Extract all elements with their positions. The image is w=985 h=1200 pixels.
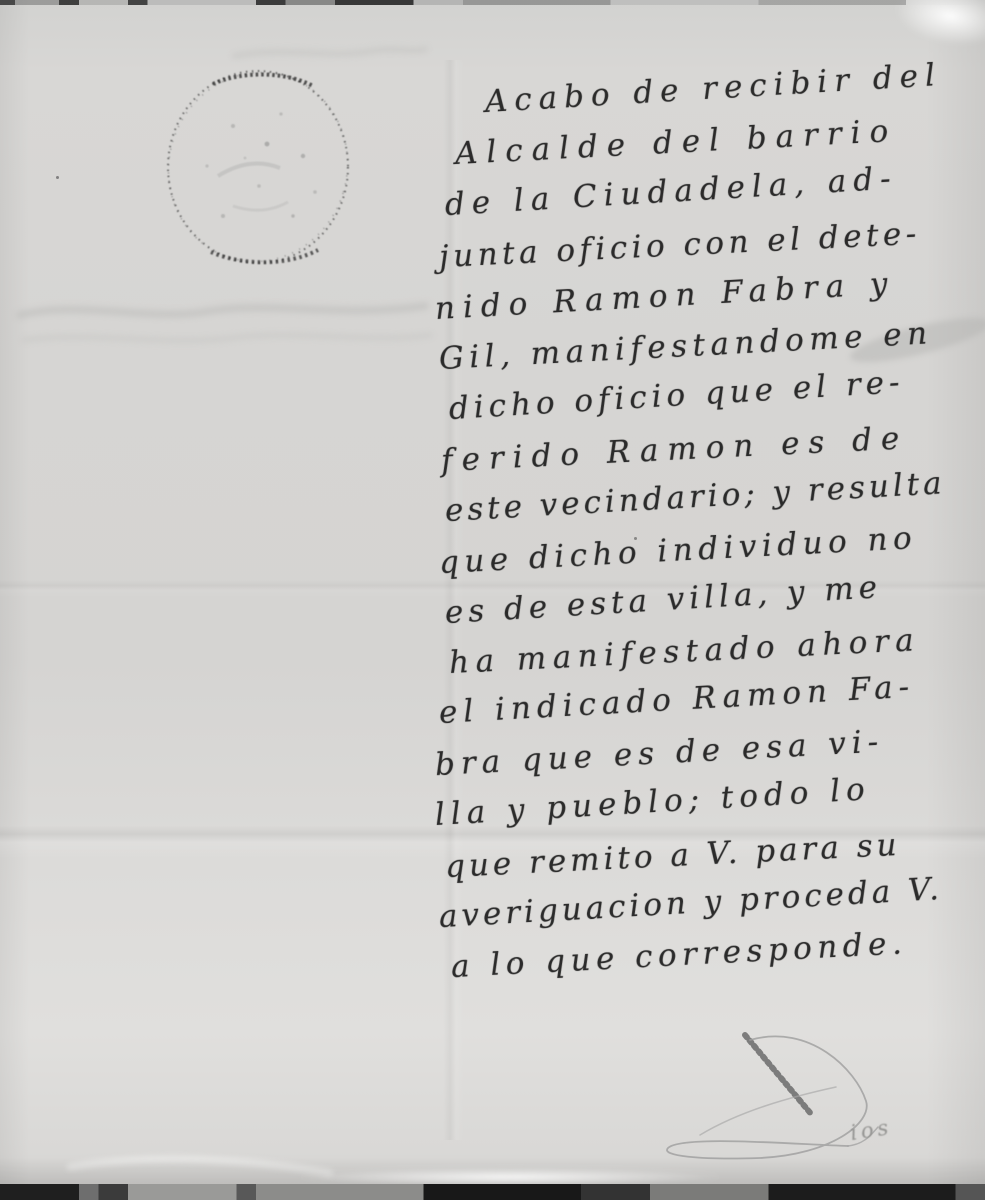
signature-rubric	[640, 1015, 960, 1185]
handwritten-line: de la Ciudadela, ad-	[444, 160, 899, 223]
scan-glare-top-right	[891, 0, 985, 52]
handwritten-line: a lo que corresponde.	[450, 925, 908, 985]
handwritten-line: lla y pueblo; todo lo	[434, 771, 872, 833]
handwritten-line: es de esta villa, y me	[444, 569, 883, 631]
ink-speck	[56, 176, 59, 179]
paper-edge-highlight	[300, 1168, 720, 1186]
handwritten-line: nido Ramon Fabra y	[434, 265, 896, 327]
handwritten-line: junta oficio con el dete-	[438, 215, 921, 275]
signature-tail-text: ios	[848, 1115, 893, 1145]
handwritten-line: dicho oficio que el re-	[448, 364, 906, 427]
scan-edge-bottom	[0, 1184, 985, 1200]
handwritten-line: Acabo de recibir del	[484, 57, 943, 120]
scan-shadow-bottom	[0, 1158, 985, 1186]
scan-edge-top	[0, 0, 985, 5]
circular-ink-stamp	[163, 66, 355, 270]
scanned-letter-page: Acabo de recibir del Alcalde del barrio …	[0, 0, 985, 1200]
